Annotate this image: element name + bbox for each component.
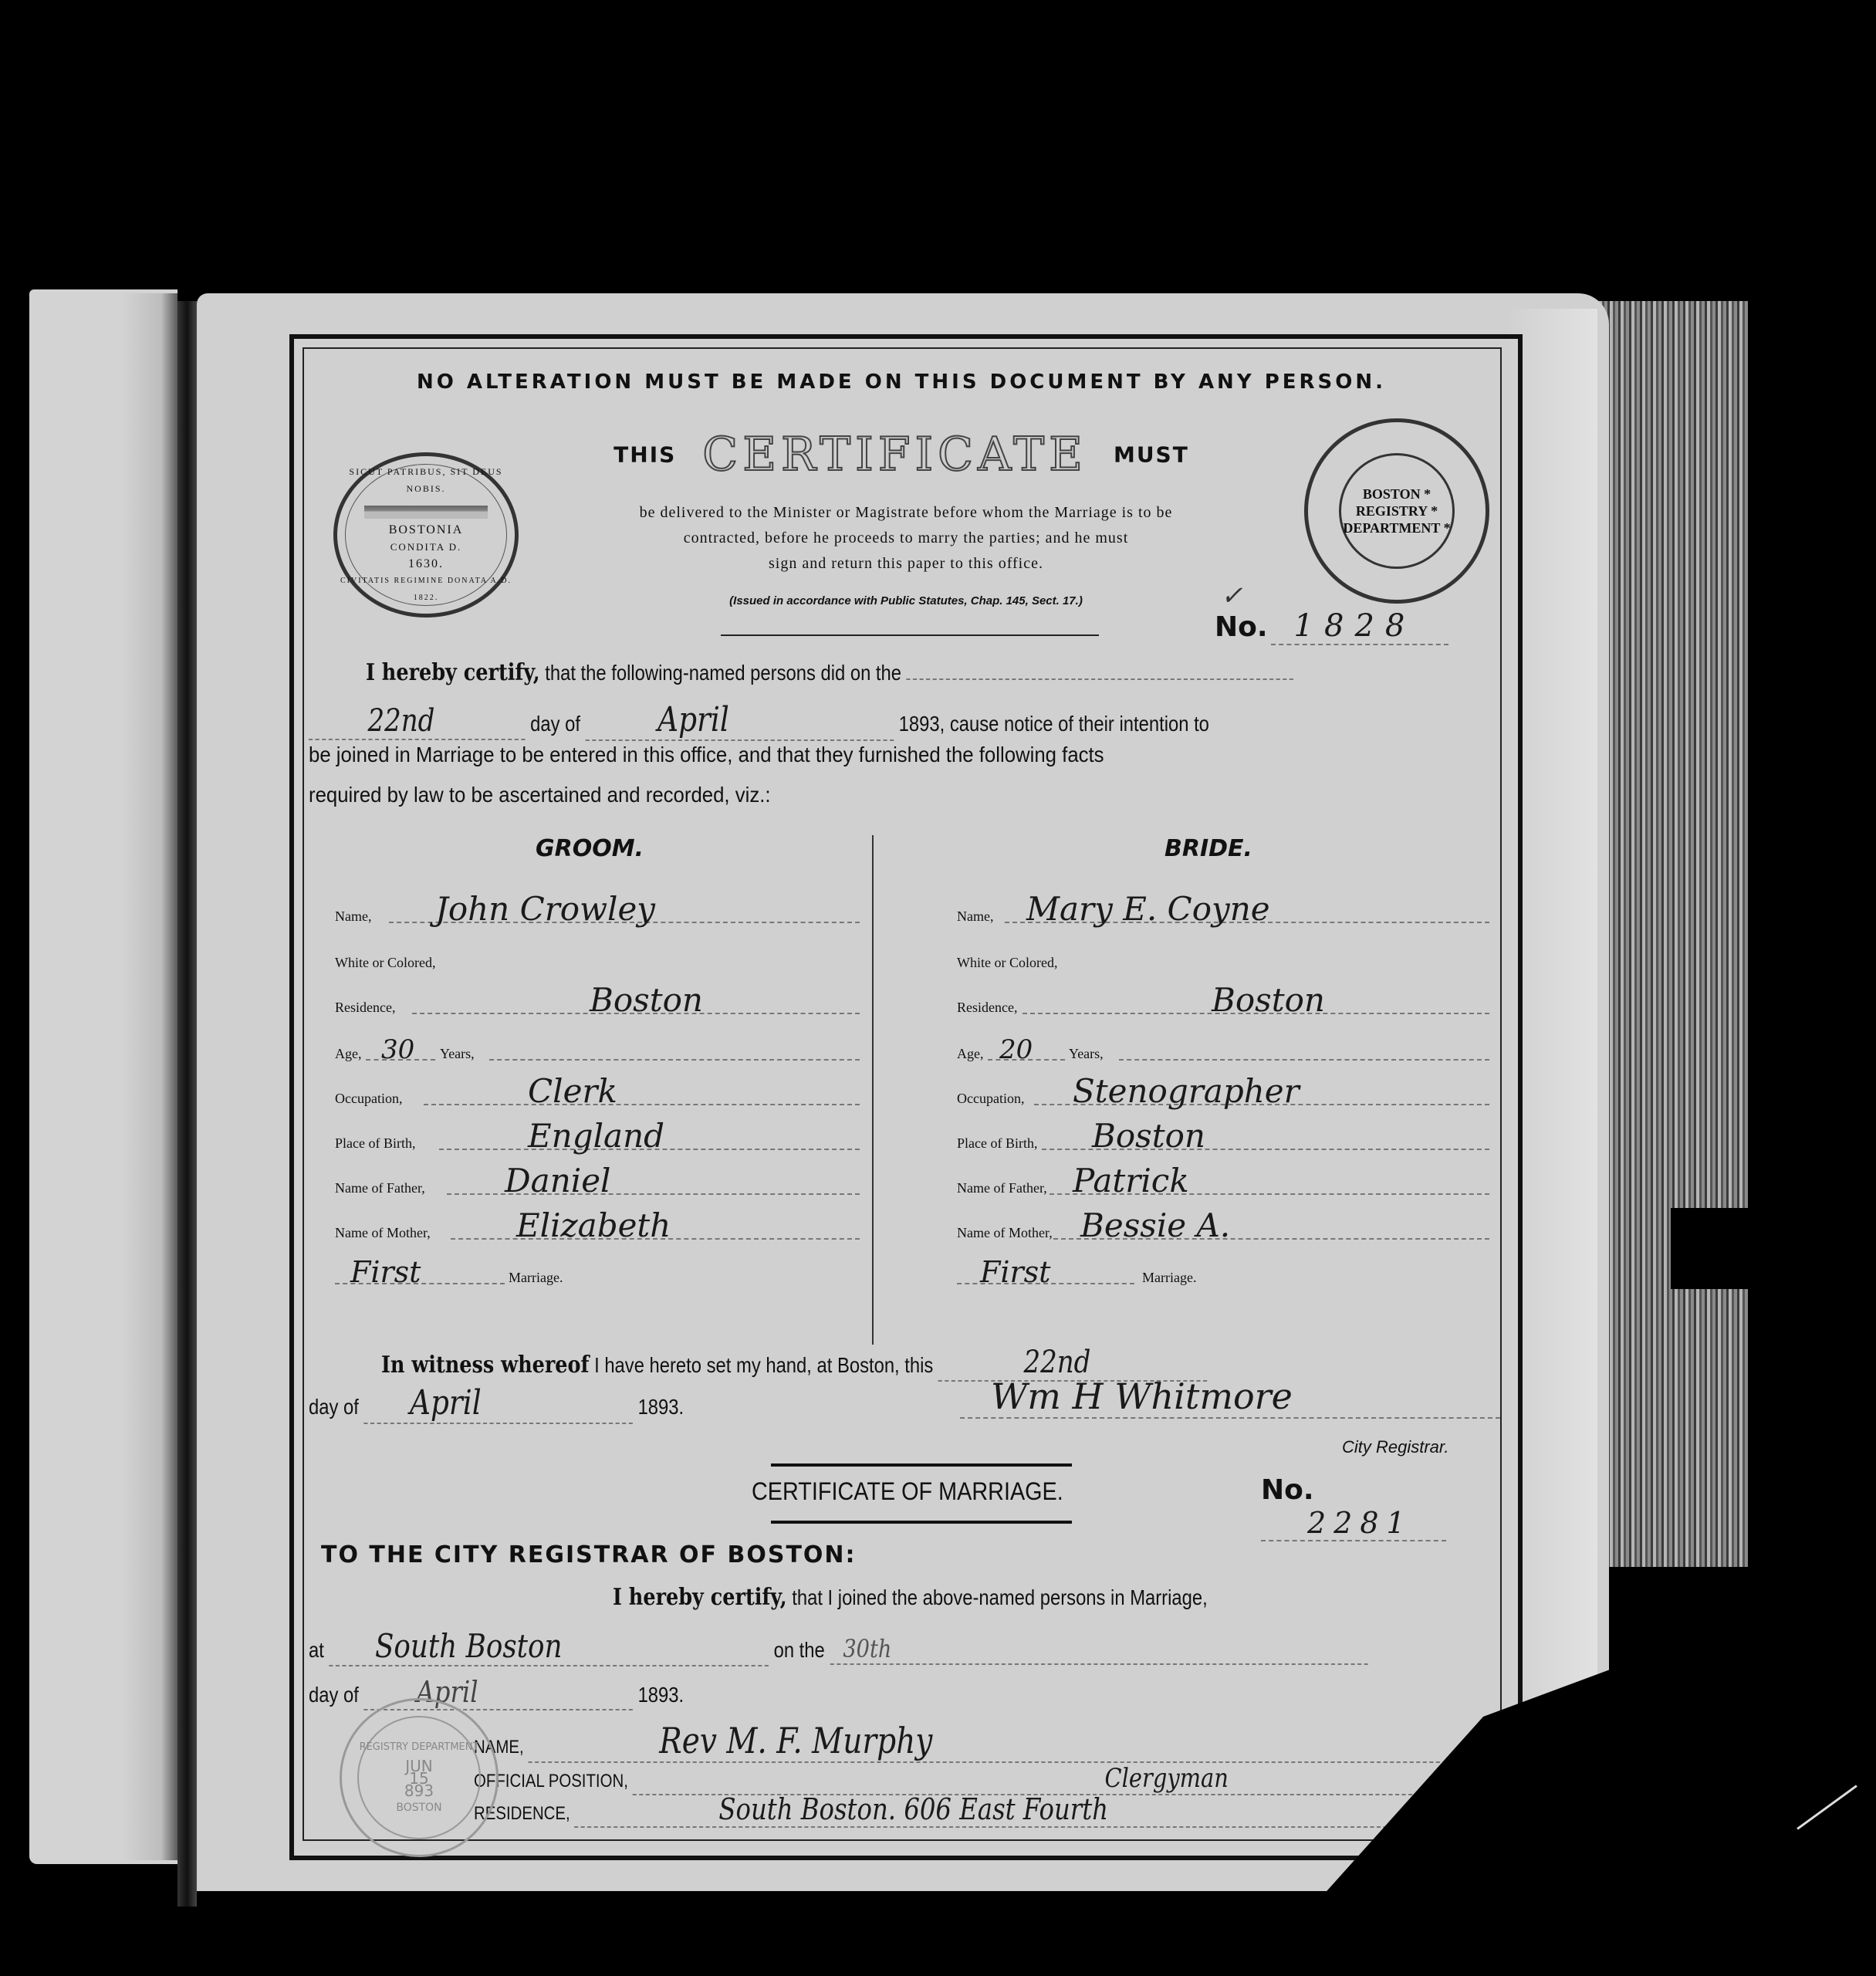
label: Place of Birth, <box>335 1135 415 1152</box>
certificate-number: No. 2281 <box>1261 1474 1499 1541</box>
label: Name, <box>335 908 371 925</box>
label: Name of Mother, <box>335 1225 431 1241</box>
skyline-icon <box>364 500 488 519</box>
marriage-place: South Boston <box>329 1627 769 1666</box>
label: Name of Father, <box>335 1180 425 1196</box>
bride-age: 20 <box>999 1034 1033 1065</box>
intention-text-1: that the following-named persons did on … <box>545 661 901 685</box>
registrar-title: City Registrar. <box>1342 1437 1449 1457</box>
bride-occupation: Stenographer <box>1073 1072 1300 1110</box>
statute-note: (Issued in accordance with Public Statut… <box>520 594 1292 607</box>
registrar-signature: Wm H Whitmore <box>960 1375 1500 1419</box>
column-divider <box>872 835 874 1345</box>
intention-number-value: 1828 <box>1271 608 1448 645</box>
label: Age, <box>335 1046 362 1062</box>
intention-text-2: , cause notice of their intention to <box>940 712 1209 736</box>
officiant-residence-line: RESIDENCE, South Boston. 606 East Fourth <box>474 1792 1506 1828</box>
bride-residence-field: Residence, Boston <box>957 973 1489 1019</box>
stamp-arc-top: REGISTRY DEPARTMENT <box>360 1741 479 1754</box>
witness-month: April <box>363 1383 633 1424</box>
section-rule-bottom <box>771 1521 1072 1524</box>
intention-number: No. 1828 <box>1215 608 1448 645</box>
registry-seal-icon: BOSTON * REGISTRY * DEPARTMENT * <box>1304 418 1489 604</box>
label: Name of Mother, <box>957 1225 1053 1241</box>
seal-line-2: CONDITA D. <box>337 539 515 556</box>
page-edge-notch <box>1671 1208 1763 1289</box>
groom-residence: Boston <box>590 981 703 1019</box>
bride-birthplace-field: Place of Birth, Boston <box>957 1108 1489 1155</box>
years-label: Years, <box>440 1046 475 1062</box>
page-edges-stack <box>1594 301 1748 1567</box>
instruction-line-3: sign and return this paper to this offic… <box>520 551 1292 577</box>
instruction-line-1: be delivered to the Minister or Magistra… <box>520 500 1292 526</box>
bride-name-field: Name, Mary E. Coyne <box>957 881 1489 928</box>
groom-occupation: Clerk <box>528 1072 617 1110</box>
label: Occupation, <box>335 1091 402 1107</box>
bride-mother-field: Name of Mother, Bessie A. <box>957 1198 1489 1244</box>
section-rule-top <box>771 1463 1072 1467</box>
title-prefix: THIS <box>614 442 676 468</box>
intention-number-label: No. <box>1215 611 1268 643</box>
groom-residence-field: Residence, Boston <box>335 973 860 1019</box>
witness-year: 1893. <box>638 1395 684 1419</box>
bride-heading: BRIDE. <box>1164 835 1252 862</box>
stamp-year: 893 <box>360 1785 479 1797</box>
bride-color-field: White or Colored, <box>957 928 1489 974</box>
officiant-name-line: NAME, Rev M. F. Murphy <box>474 1720 1479 1763</box>
intention-line-4: required by law to be ascertained and re… <box>309 783 771 807</box>
label: Residence, <box>335 1000 395 1016</box>
day-of-label: day of <box>530 712 580 736</box>
delivery-instructions: be delivered to the Minister or Magistra… <box>520 500 1292 577</box>
day-of-label: day of <box>309 1395 359 1419</box>
label: Place of Birth, <box>957 1135 1037 1152</box>
marriage-certificate-title: CERTIFICATE OF MARRIAGE. <box>752 1477 1063 1506</box>
bride-marriage-field: First Marriage. <box>957 1243 1489 1289</box>
bride-birthplace: Boston <box>1092 1117 1205 1155</box>
groom-birthplace: England <box>528 1117 664 1155</box>
bride-father: Patrick <box>1073 1162 1189 1199</box>
groom-name: John Crowley <box>435 890 655 928</box>
label: Residence, <box>957 1000 1017 1016</box>
groom-color-field: White or Colored, <box>335 928 860 974</box>
groom-father: Daniel <box>505 1162 610 1199</box>
certify-lead: I hereby certify, <box>366 659 540 686</box>
groom-occupation-field: Occupation, Clerk <box>335 1064 860 1110</box>
certificate-number-label: No. <box>1261 1474 1314 1506</box>
label: Name of Father, <box>957 1180 1047 1196</box>
bride-age-field: Age, 20 Years, <box>957 1019 1489 1065</box>
intention-line-3: be joined in Marriage to be entered in t… <box>309 743 1104 767</box>
witness-text: I have hereto set my hand, at Boston, th… <box>594 1353 933 1377</box>
title-suffix: MUST <box>1114 442 1189 468</box>
check-mark: ✓ <box>1221 580 1243 611</box>
left-page-curve <box>123 293 177 1860</box>
bride-marriage-number: First <box>980 1255 1050 1289</box>
seal-line-3: 1630. <box>337 556 515 573</box>
bride-occupation-field: Occupation, Stenographer <box>957 1064 1489 1110</box>
label: Name, <box>957 908 993 925</box>
certify-text: that I joined the above-named persons in… <box>792 1585 1207 1609</box>
seal-line-1: BOSTONIA <box>337 522 515 539</box>
registry-received-stamp-icon: REGISTRY DEPARTMENT JUN 15 893 BOSTON <box>340 1698 499 1857</box>
groom-mother-field: Name of Mother, Elizabeth <box>335 1198 860 1244</box>
alteration-notice: NO ALTERATION MUST BE MADE ON THIS DOCUM… <box>304 370 1499 394</box>
certificate-number-value: 2281 <box>1261 1506 1446 1541</box>
stamp-arc-bottom: BOSTON <box>360 1802 479 1814</box>
marriage-year: 1893. <box>638 1683 684 1707</box>
intention-year: 1893 <box>899 712 940 736</box>
officiant-certify-line: I hereby certify, that I joined the abov… <box>613 1584 1208 1611</box>
title-main: CERTIFICATE <box>702 428 1087 482</box>
day-of-label: day of <box>309 1683 359 1707</box>
marriage-place-line: at South Boston on the 30th <box>309 1627 1367 1666</box>
groom-heading: GROOM. <box>536 835 644 862</box>
on-the-label: on the <box>774 1638 825 1662</box>
registry-seal-text: BOSTON * REGISTRY * DEPARTMENT * <box>1339 486 1455 536</box>
years-label: Years, <box>1069 1046 1104 1062</box>
bride-father-field: Name of Father, Patrick <box>957 1153 1489 1199</box>
witness-date-line: day of April 1893. <box>309 1383 684 1424</box>
officiant-name: Rev M. F. Murphy <box>528 1720 1479 1763</box>
book-gutter <box>177 301 197 1907</box>
intention-day: 22nd <box>309 703 526 740</box>
label: Age, <box>957 1046 984 1062</box>
marriage-date-line: day of April 1893. <box>309 1675 684 1710</box>
officiant-residence: South Boston. 606 East Fourth <box>574 1792 1506 1828</box>
witness-lead: In witness whereof <box>381 1352 589 1379</box>
addressee: TO THE CITY REGISTRAR OF BOSTON: <box>321 1541 857 1568</box>
seal-motto-bottom: CIVITATIS REGIMINE DONATA A.D. 1822. <box>337 573 515 607</box>
groom-mother: Elizabeth <box>516 1206 671 1244</box>
statute-rule <box>721 634 1099 636</box>
marriage-label: Marriage. <box>1142 1270 1196 1286</box>
groom-age-field: Age, 30 Years, <box>335 1019 860 1065</box>
certificate-content: NO ALTERATION MUST BE MADE ON THIS DOCUM… <box>304 349 1499 1837</box>
groom-father-field: Name of Father, Daniel <box>335 1153 860 1199</box>
groom-marriage-field: First Marriage. <box>335 1243 860 1289</box>
bride-name: Mary E. Coyne <box>1026 890 1270 928</box>
marriage-day: 30th <box>830 1634 1367 1665</box>
bride-residence: Boston <box>1212 981 1325 1019</box>
label: Occupation, <box>957 1091 1024 1107</box>
intention-month: April <box>586 700 894 741</box>
groom-birthplace-field: Place of Birth, England <box>335 1108 860 1155</box>
certify-lead: I hereby certify, <box>613 1584 787 1611</box>
intention-line-2: 22nd day of April 1893, cause notice of … <box>309 700 1209 741</box>
groom-name-field: Name, John Crowley <box>335 881 860 928</box>
label: White or Colored, <box>957 955 1057 971</box>
intention-line-1: I hereby certify, that the following-nam… <box>366 659 1293 686</box>
label: White or Colored, <box>335 955 435 971</box>
groom-age: 30 <box>381 1034 414 1065</box>
at-label: at <box>309 1638 324 1662</box>
bride-mother: Bessie A. <box>1080 1206 1230 1244</box>
instruction-line-2: contracted, before he proceeds to marry … <box>520 526 1292 551</box>
marriage-label: Marriage. <box>509 1270 563 1286</box>
groom-marriage-number: First <box>350 1255 421 1289</box>
